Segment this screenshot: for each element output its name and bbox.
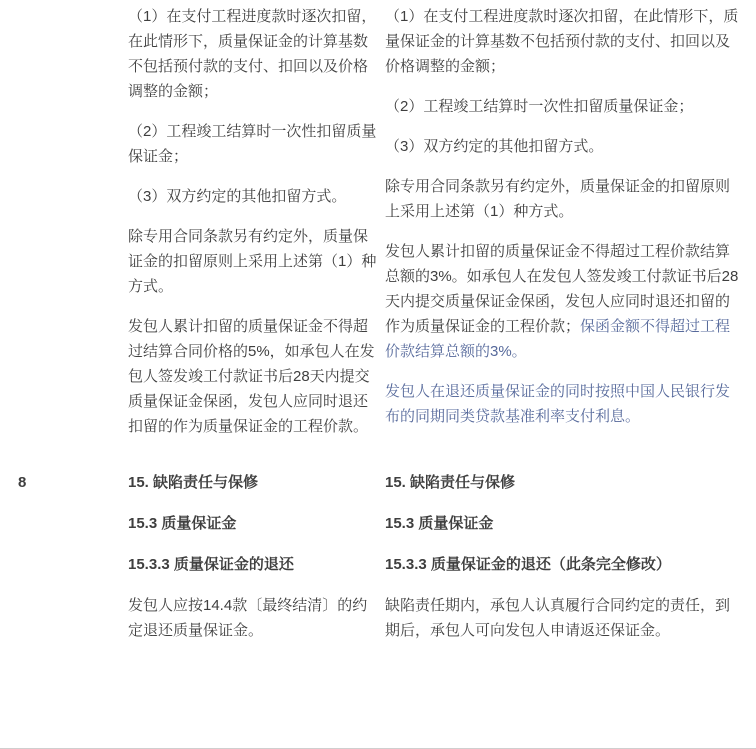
row-number-cell: 8 [0,470,128,495]
clause-paragraph: （1）在支付工程进度款时逐次扣留，在此情形下，质量保证金的计算基数不包括预付款的… [128,4,377,104]
new-version-clause-cell: 15. 缺陷责任与保修 15.3 质量保证金 15.3.3 质量保证金的退还（此… [385,470,756,658]
clause-paragraph: （3）双方约定的其他扣留方式。 [385,134,742,159]
clause-heading: 15. 缺陷责任与保修 [385,470,742,495]
old-version-clause-cell: 15. 缺陷责任与保修 15.3 质量保证金 15.3.3 质量保证金的退还 发… [128,470,385,658]
clause-paragraph: （2）工程竣工结算时一次性扣留质量保证金； [385,94,742,119]
clause-heading: 15.3.3 质量保证金的退还（此条完全修改） [385,552,742,577]
old-version-clause-cell: （1）在支付工程进度款时逐次扣留，在此情形下，质量保证金的计算基数不包括预付款的… [128,4,385,454]
clause-paragraph-mixed: 发包人累计扣留的质量保证金不得超过工程价款结算总额的3%。如承包人在发包人签发竣… [385,239,742,364]
clause-paragraph: （1）在支付工程进度款时逐次扣留，在此情形下，质量保证金的计算基数不包括预付款的… [385,4,742,79]
clause-paragraph: （2）工程竣工结算时一次性扣留质量保证金； [128,119,377,169]
clause-paragraph: 除专用合同条款另有约定外，质量保证金的扣留原则上采用上述第（1）种方式。 [128,224,377,299]
clause-paragraph: 缺陷责任期内，承包人认真履行合同约定的责任，到期后，承包人可向发包人申请返还保证… [385,593,742,643]
clause-heading: 15. 缺陷责任与保修 [128,470,377,495]
clause-comparison-document: （1）在支付工程进度款时逐次扣留，在此情形下，质量保证金的计算基数不包括预付款的… [0,0,756,749]
new-version-clause-cell: （1）在支付工程进度款时逐次扣留，在此情形下，质量保证金的计算基数不包括预付款的… [385,4,756,444]
clause-heading: 15.3.3 质量保证金的退还 [128,552,377,577]
clause-paragraph: 发包人应按14.4款〔最终结清〕的约定退还质量保证金。 [128,593,377,643]
row-number: 8 [18,470,26,495]
clause-heading: 15.3 质量保证金 [385,511,742,536]
clause-paragraph: （3）双方约定的其他扣留方式。 [128,184,377,209]
clause-paragraph-revised: 发包人在退还质量保证金的同时按照中国人民银行发布的同期同类贷款基准利率支付利息。 [385,379,742,429]
clause-paragraph: 除专用合同条款另有约定外，质量保证金的扣留原则上采用上述第（1）种方式。 [385,174,742,224]
table-row-clause-14: （1）在支付工程进度款时逐次扣留，在此情形下，质量保证金的计算基数不包括预付款的… [0,0,756,454]
table-row-clause-15: 8 15. 缺陷责任与保修 15.3 质量保证金 15.3.3 质量保证金的退还… [0,454,756,658]
clause-heading: 15.3 质量保证金 [128,511,377,536]
clause-paragraph: 发包人累计扣留的质量保证金不得超过结算合同价格的5%，如承包人在发包人签发竣工付… [128,314,377,439]
